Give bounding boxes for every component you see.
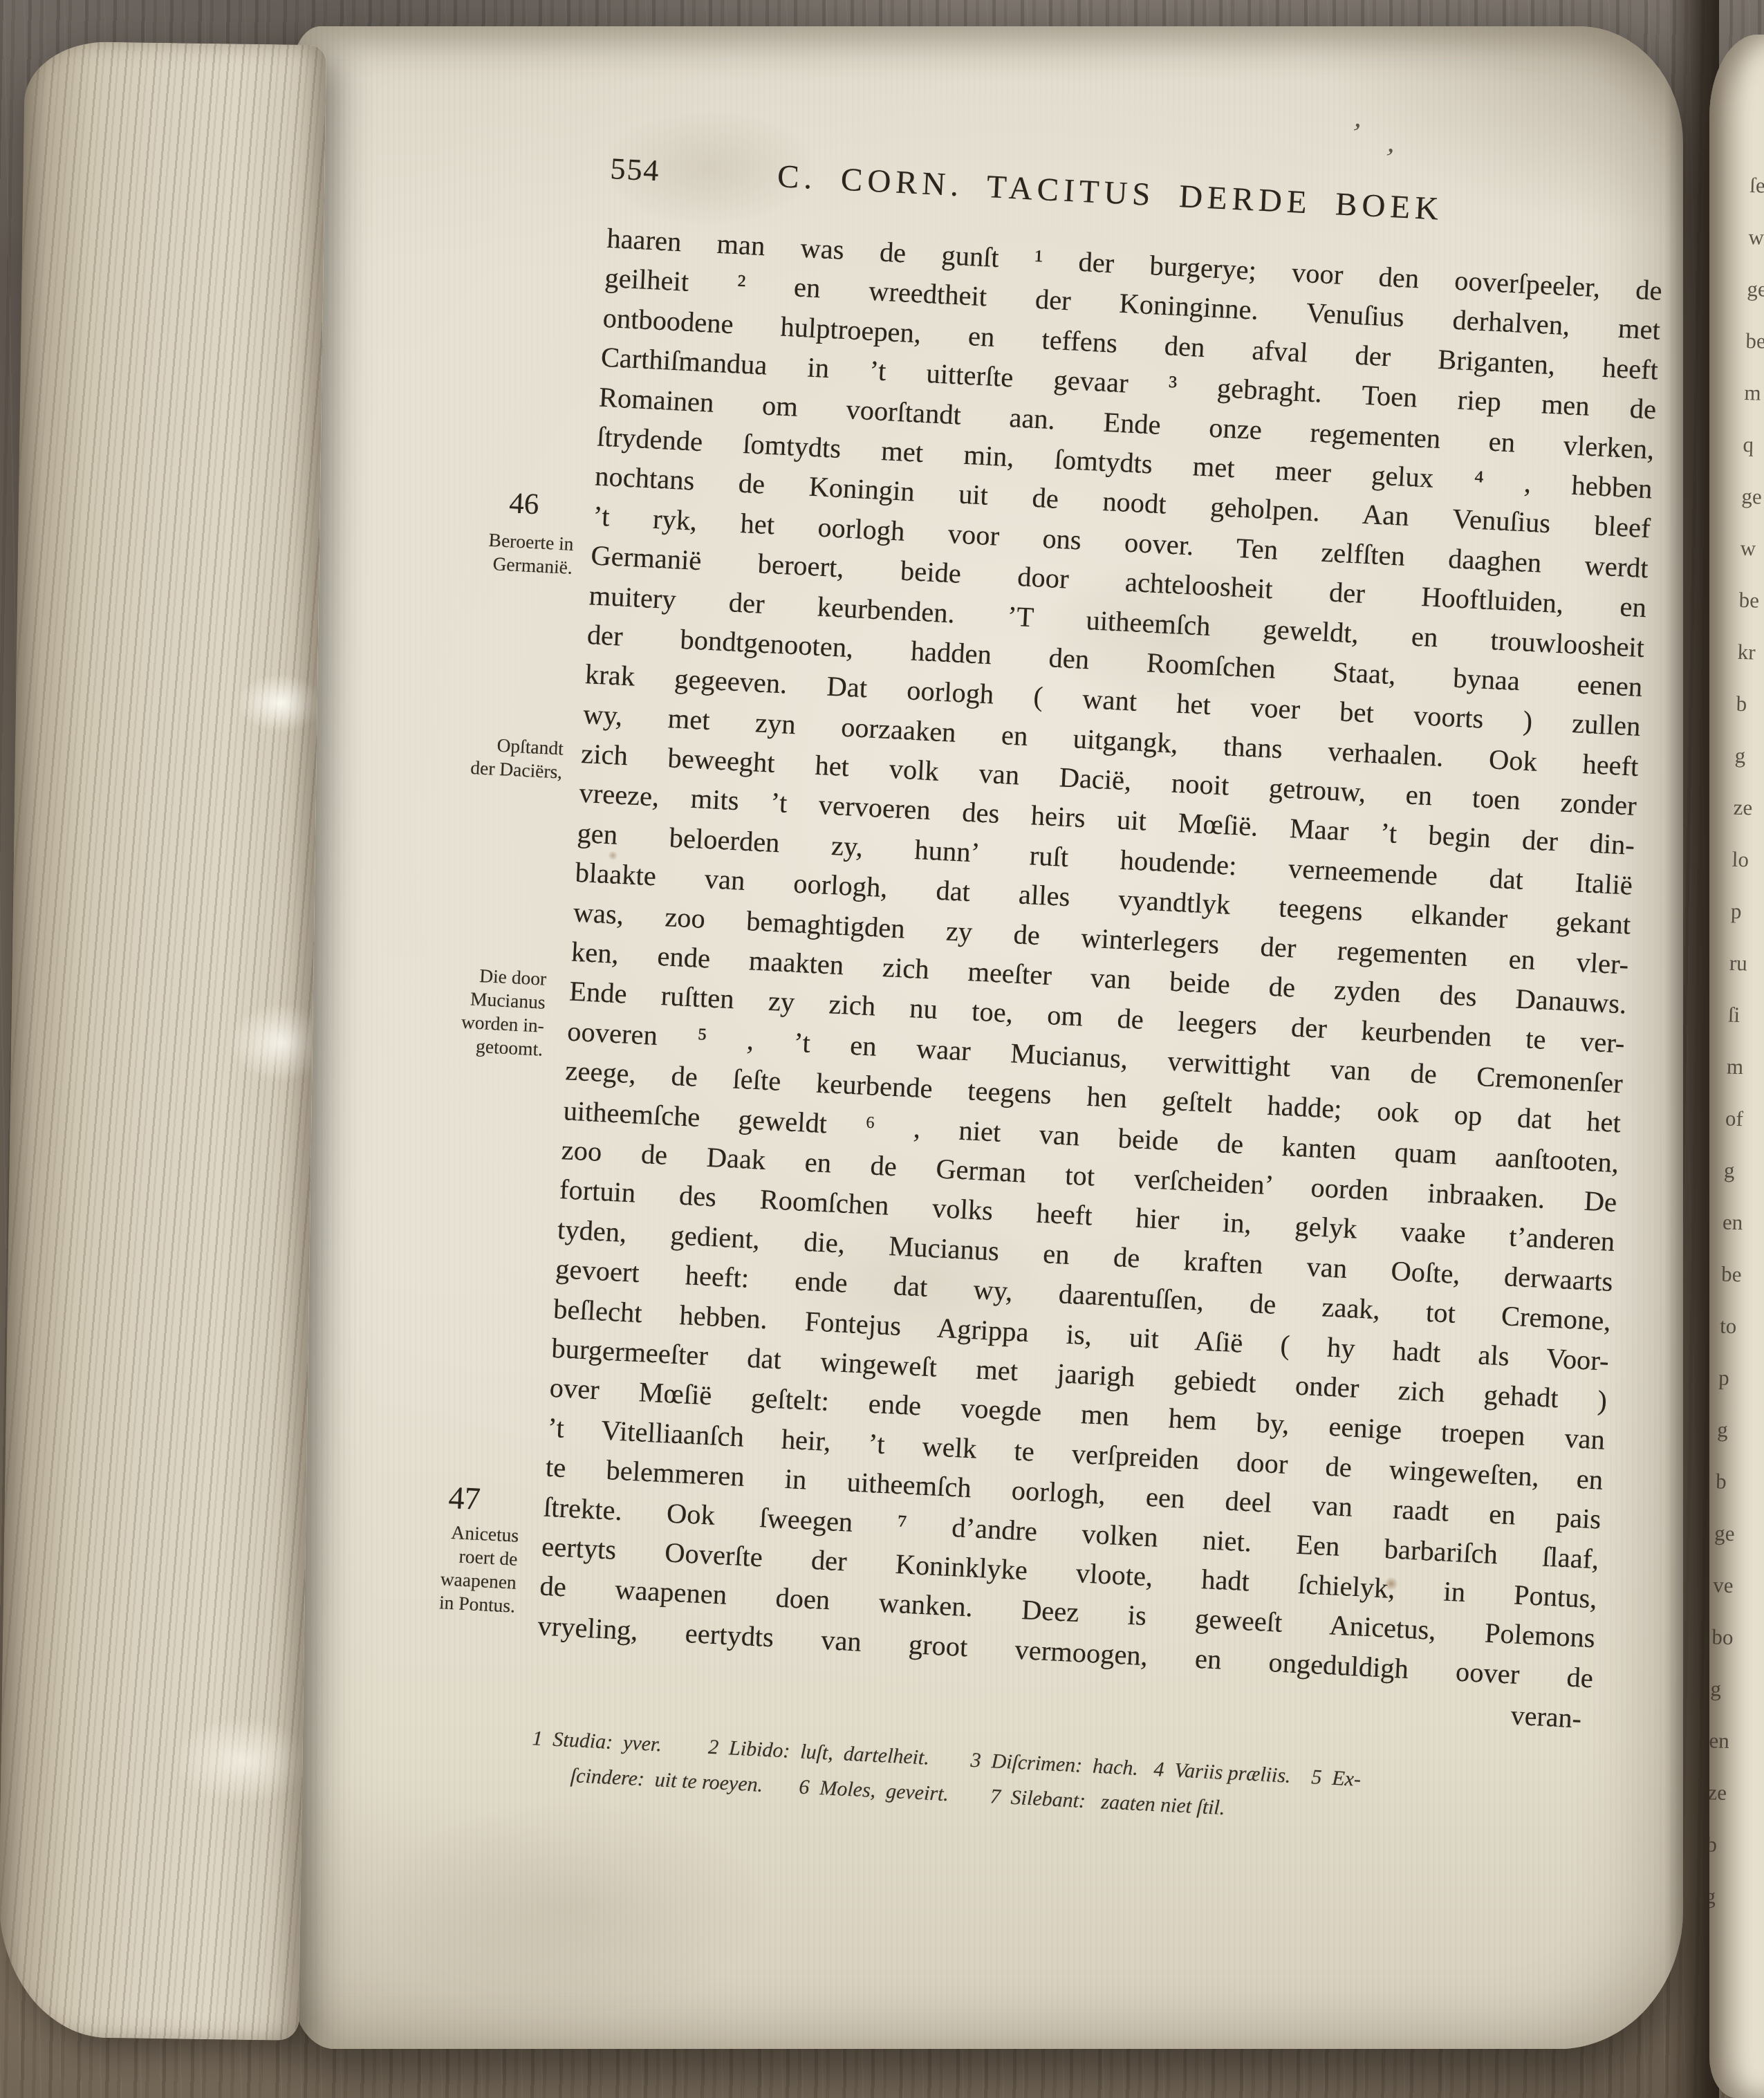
text-fragment: of xyxy=(1725,1093,1747,1145)
text-fragment: lo xyxy=(1731,833,1754,886)
text-fragment: ze xyxy=(1709,1766,1730,1819)
section-number-47: 47 xyxy=(447,1479,481,1517)
text-fragment: q xyxy=(1743,418,1764,471)
text-fragment: ge xyxy=(1746,263,1764,315)
text-fragment: g xyxy=(1734,730,1757,782)
text-fragment: ſe xyxy=(1749,159,1764,212)
text-fragment: b xyxy=(1715,1455,1738,1507)
text-fragment: b xyxy=(1709,1818,1729,1870)
page-stack-fore-edge xyxy=(0,41,326,2041)
printed-text-block: 554 C. CORN. TACITUS DERDE BOEK haaren m… xyxy=(530,149,1666,1844)
text-fragment: ſi xyxy=(1727,989,1750,1041)
page-number: 554 xyxy=(609,151,660,189)
text-fragment: b xyxy=(1736,678,1758,730)
text-fragment: bo xyxy=(1711,1610,1734,1663)
margin-note: Anicetus roert de waapenen in Pontus. xyxy=(348,1516,519,1618)
text-fragment: ge xyxy=(1714,1507,1736,1559)
text-fragment: be xyxy=(1745,315,1764,367)
margin-note: Opſtandt der Daciërs, xyxy=(395,729,564,784)
body-text: haaren man was de gunſt ¹ der burgerye; … xyxy=(537,219,1663,1698)
text-fragment: g xyxy=(1723,1144,1746,1197)
text-fragment: p xyxy=(1730,885,1753,938)
text-fragment: en xyxy=(1709,1714,1731,1767)
text-fragment: w xyxy=(1740,522,1763,575)
text-fragment: m xyxy=(1726,1041,1749,1093)
text-fragment: ge xyxy=(1741,470,1764,523)
text-fragment: to xyxy=(1719,1299,1742,1352)
text-fragment: be xyxy=(1738,574,1761,626)
photo-of-open-book: ſewgebemqgewbekrbgzelopruſimofgenbetopgb… xyxy=(0,0,1764,2098)
text-fragment: g xyxy=(1709,1870,1727,1922)
text-fragment: kr xyxy=(1737,626,1760,678)
text-fragment: w xyxy=(1747,211,1764,263)
text-fragment: g xyxy=(1709,1662,1732,1715)
margin-note: Die door Mucianus worden in- getoomt. xyxy=(375,959,547,1061)
margin-note: Beroerte in Germanië. xyxy=(405,524,574,579)
text-fragment: m xyxy=(1744,366,1764,419)
text-fragment: g xyxy=(1716,1403,1739,1456)
text-fragment: be xyxy=(1720,1247,1743,1300)
facing-page-text-fragments: ſewgebemqgewbekrbgzelopruſimofgenbetopgb… xyxy=(1709,159,1764,1922)
text-fragment: ze xyxy=(1733,781,1756,834)
text-fragment: ve xyxy=(1712,1559,1735,1611)
text-fragment: p xyxy=(1718,1351,1740,1404)
text-fragment: ru xyxy=(1729,937,1752,990)
section-number-46: 46 xyxy=(508,486,539,521)
facing-page-sliver: ſewgebemqgewbekrbgzelopruſimofgenbetopgb… xyxy=(1709,35,1764,2098)
text-fragment: en xyxy=(1722,1196,1745,1249)
